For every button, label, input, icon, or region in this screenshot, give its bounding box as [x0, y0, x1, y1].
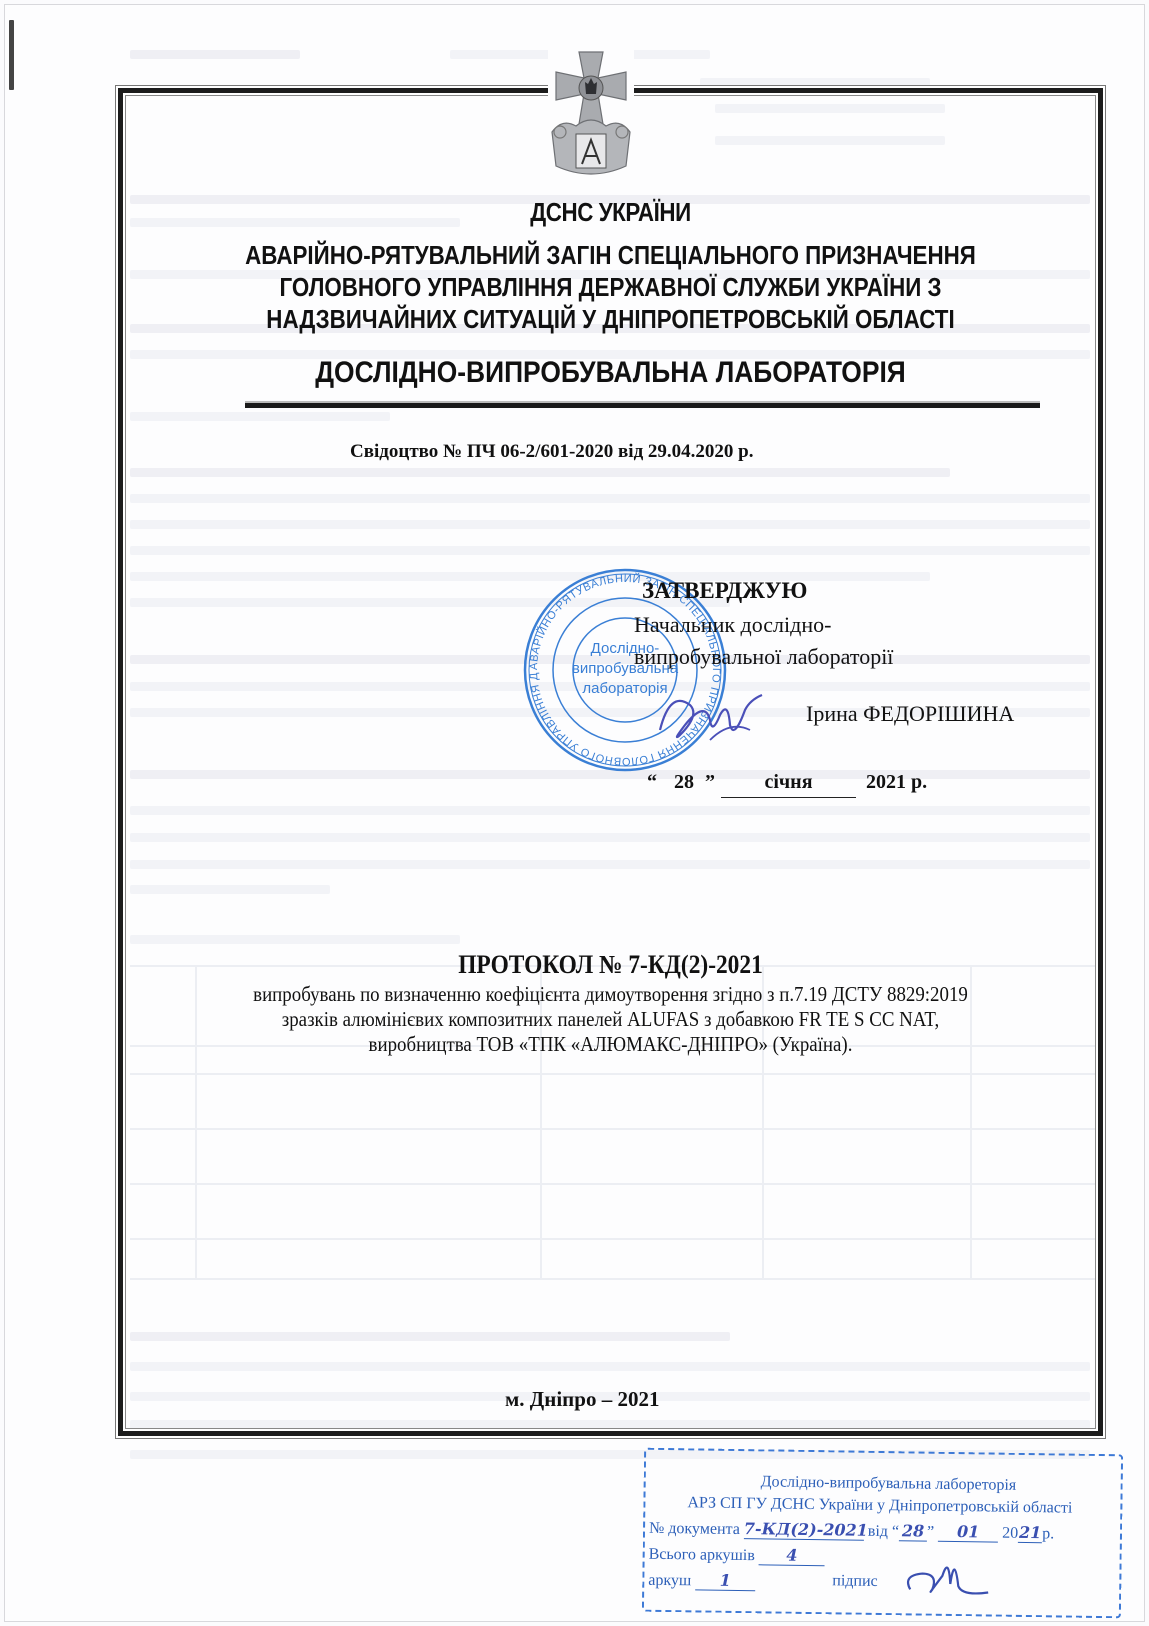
margin-mark	[9, 20, 14, 90]
date-open-quote: “	[647, 771, 657, 794]
approval-heading: ЗАТВЕРДЖУЮ	[642, 578, 807, 604]
agency-name: ДСНС УКРАЇНИ	[187, 197, 1034, 228]
reg-day: 28	[899, 1521, 927, 1541]
reg-year-suffix: р.	[1042, 1525, 1054, 1542]
date-close-quote: ”	[705, 771, 715, 794]
reg-doc-number: 7-КД(2)-2021	[744, 1519, 864, 1541]
reg-signature-icon	[902, 1545, 993, 1604]
organization-line-1: АВАРІЙНО-РЯТУВАЛЬНИЙ ЗАГІН СПЕЦІАЛЬНОГО …	[187, 240, 1034, 271]
protocol-subtitle-line-3: виробництва ТОВ «ТПК «АЛЮМАКС-ДНІПРО» (У…	[167, 1032, 1054, 1057]
reg-sheets-label: Всього аркушів	[649, 1546, 755, 1564]
date-year: 2021 р.	[866, 771, 927, 794]
approver-position-line-1: Начальник дослідно-	[634, 612, 831, 638]
protocol-subtitle-line-2: зразків алюмінієвих композитних панелей …	[167, 1007, 1054, 1032]
approver-position-line-2: випробувальної лабораторії	[634, 644, 893, 670]
organization-line-3: НАДЗВИЧАЙНИХ СИТУАЦІЙ У ДНІПРОПЕТРОВСЬКІ…	[187, 304, 1034, 335]
laboratory-title: ДОСЛІДНО-ВИПРОБУВАЛЬНА ЛАБОРАТОРІЯ	[177, 356, 1044, 390]
reg-sheet-label: аркуш	[648, 1572, 691, 1590]
reg-sheets-value: 4	[759, 1545, 825, 1566]
protocol-subtitle-line-1: випробувань по визначенню коефіцієнта ди…	[167, 982, 1054, 1007]
organization-line-2: ГОЛОВНОГО УПРАВЛІННЯ ДЕРЖАВНОЇ СЛУЖБИ УК…	[187, 272, 1034, 303]
date-month: січня	[721, 771, 856, 794]
reg-signature-label: підпис	[832, 1572, 878, 1591]
reg-month: 01	[938, 1522, 998, 1543]
approver-signature-icon	[650, 680, 770, 750]
reg-year-prefix: 20	[1002, 1525, 1018, 1542]
reg-lab-name: Дослідно-випробувальна лабореторія	[761, 1473, 1017, 1495]
dsns-emblem-icon	[548, 48, 634, 180]
reg-from-label: від “	[868, 1523, 899, 1540]
certificate-line: Свідоцтво № ПЧ 06-2/601-2020 від 29.04.2…	[350, 441, 754, 463]
city-year: м. Дніпро – 2021	[505, 1387, 659, 1412]
reg-year: 21	[1018, 1523, 1042, 1543]
title-rule	[245, 403, 1040, 408]
reg-doc-label: № документа	[649, 1520, 740, 1538]
date-day: 28	[674, 771, 694, 794]
reg-org-name: АРЗ СП ГУ ДСНС України у Дніпропетровськ…	[687, 1494, 1072, 1517]
registration-stamp: Дослідно-випробувальна лабореторія АРЗ С…	[642, 1448, 1123, 1619]
reg-day-close: ”	[927, 1524, 934, 1541]
approver-name: Ірина ФЕДОРІШИНА	[806, 701, 1014, 727]
protocol-title: ПРОТОКОЛ № 7-КД(2)-2021	[167, 950, 1054, 980]
date-month-underline	[721, 797, 856, 798]
reg-sheet-value: 1	[695, 1570, 755, 1591]
